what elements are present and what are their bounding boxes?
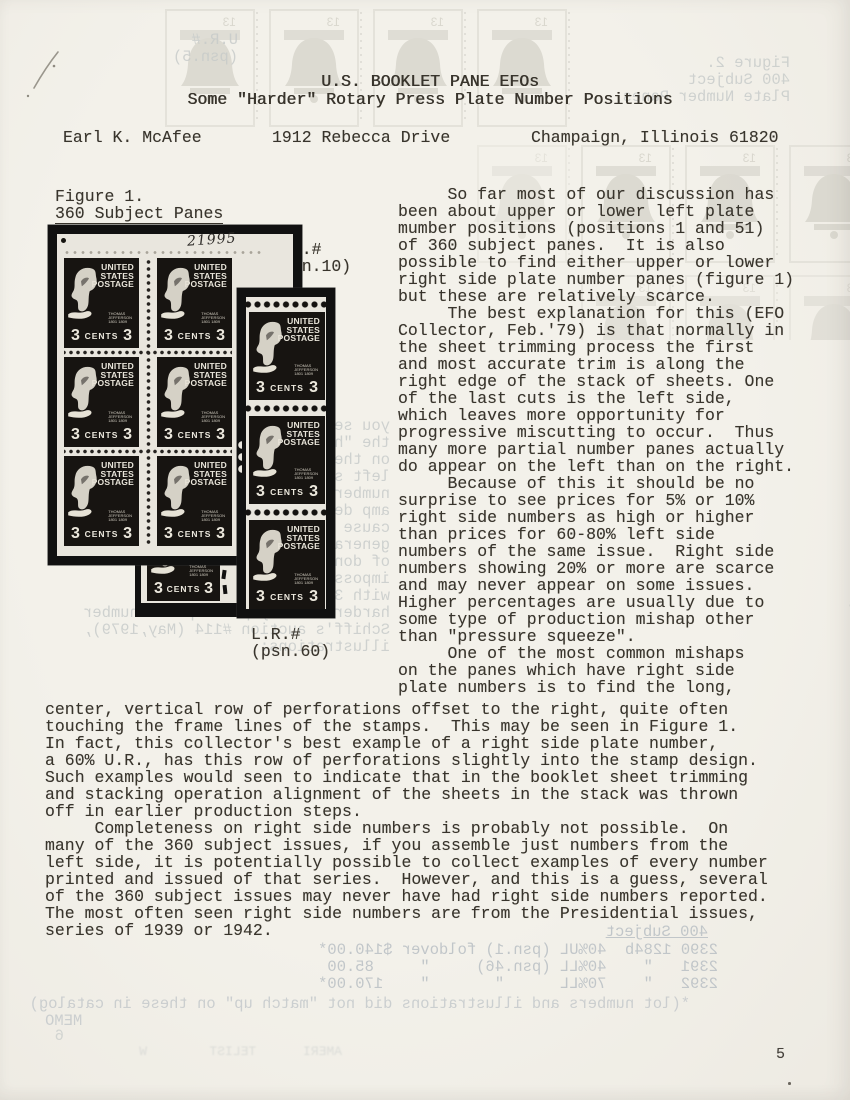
torn-perf-mark xyxy=(221,570,226,579)
pane-frame-bottom xyxy=(135,603,237,617)
jefferson-bust-silhouette xyxy=(65,265,113,325)
torn-perf-mark xyxy=(223,585,228,594)
stamp: UNITED STATES POSTAGETHOMAS JEFFERSON 18… xyxy=(157,456,232,546)
perforation-row xyxy=(64,448,232,455)
svg-text:13: 13 xyxy=(846,281,850,295)
stamp-denomination: 3CENTS3 xyxy=(249,379,325,397)
stamp: UNITED STATES POSTAGETHOMAS JEFFERSON 18… xyxy=(157,258,232,348)
figure-caption-line2: 360 Subject Panes xyxy=(55,205,223,224)
byline-city: Champaign, Illinois 61820 xyxy=(531,129,779,146)
ghost-text-catalog-note: *(lot numbers and illustrations did not … xyxy=(45,996,690,1030)
ghost-bell-stamp: 13 xyxy=(368,4,468,132)
stamp-micro-text: THOMAS JEFFERSON 1801 1809 xyxy=(108,312,132,324)
stamp-denomination: 3CENTS3 xyxy=(64,426,139,444)
handwritten-plate-number: 21995 xyxy=(187,230,238,249)
perforation-column xyxy=(144,258,152,546)
stamp-denomination: 3CENTS3 xyxy=(249,588,325,606)
svg-text:13: 13 xyxy=(742,151,756,165)
perforation-row-large xyxy=(244,507,328,517)
ghost-bottom-blur: AMERI TELIST W xyxy=(62,1044,342,1059)
stamp-denomination: 3CENTS3 xyxy=(64,327,139,345)
title-line-1: U.S. BOOKLET PANE EFOs xyxy=(321,72,539,91)
ink-speck xyxy=(788,1082,791,1085)
stamp: UNITED STATES POSTAGETHOMAS JEFFERSON 18… xyxy=(64,258,139,348)
stamp-denomination: 3CENTS3 xyxy=(147,580,220,598)
stamp-denomination: 3CENTS3 xyxy=(157,525,232,543)
stamp: UNITED STATES POSTAGETHOMAS JEFFERSON 18… xyxy=(249,520,325,609)
torn-perforation-notches xyxy=(235,437,242,477)
body-full-width: center, vertical row of perforations off… xyxy=(45,701,825,939)
ghost-verso-page-number: 6 xyxy=(44,1028,64,1045)
stamp-micro-text: THOMAS JEFFERSON 1801 1809 xyxy=(189,565,213,577)
svg-text:13: 13 xyxy=(534,151,548,165)
svg-text:13: 13 xyxy=(534,15,548,29)
stamp-pane-right: UNITED STATES POSTAGETHOMAS JEFFERSON 18… xyxy=(237,288,335,618)
jefferson-bust-silhouette xyxy=(65,364,113,424)
stamp-denomination: 3CENTS3 xyxy=(157,426,232,444)
ghost-text-psn5: U.R.# (psn.5) xyxy=(138,32,238,66)
smudge-perforation-row xyxy=(63,250,263,255)
stamp-micro-text: THOMAS JEFFERSON 1801 1809 xyxy=(201,510,225,522)
stamp-micro-text: THOMAS JEFFERSON 1801 1809 xyxy=(294,364,318,376)
jefferson-bust-silhouette xyxy=(250,319,298,379)
stamp: UNITED STATES POSTAGETHOMAS JEFFERSON 18… xyxy=(147,564,220,601)
jefferson-bust-silhouette xyxy=(158,364,206,424)
stamp-micro-text: THOMAS JEFFERSON 1801 1809 xyxy=(201,411,225,423)
title-line-2: Some "Harder" Rotary Press Plate Number … xyxy=(187,90,672,109)
byline-author: Earl K. McAfee xyxy=(63,129,202,146)
stamp-denomination: 3CENTS3 xyxy=(249,483,325,501)
figure-caption-line1: Figure 1. xyxy=(55,188,144,205)
byline-address: 1912 Rebecca Drive xyxy=(272,129,450,146)
ghost-bell-stamp: 13 xyxy=(472,4,572,132)
ink-dot xyxy=(61,238,66,243)
ghost-text-catalog-rows: 2390 1284b 40%UL (psn.1) foldover $140.0… xyxy=(288,942,718,993)
perforation-row-large xyxy=(244,300,328,309)
stamp-denomination: 3CENTS3 xyxy=(64,525,139,543)
stamp-micro-text: THOMAS JEFFERSON 1801 1809 xyxy=(294,573,318,585)
stamp: UNITED STATES POSTAGETHOMAS JEFFERSON 18… xyxy=(249,416,325,504)
svg-text:13: 13 xyxy=(638,151,652,165)
figure-1: Figure 1. 360 Subject Panes U.R.# (psn.1… xyxy=(45,188,390,683)
jefferson-bust-silhouette xyxy=(250,527,298,587)
svg-text:13: 13 xyxy=(222,15,236,29)
perforation-row xyxy=(64,349,232,356)
stamp-pane-partial: UNITED STATES POSTAGETHOMAS JEFFERSON 18… xyxy=(135,558,237,617)
jefferson-bust-silhouette xyxy=(250,423,298,483)
stamp: UNITED STATES POSTAGETHOMAS JEFFERSON 18… xyxy=(64,456,139,546)
stamp-denomination: 3CENTS3 xyxy=(157,327,232,345)
page-title: U.S. BOOKLET PANE EFOsSome "Harder" Rota… xyxy=(45,73,815,109)
svg-text:13: 13 xyxy=(846,151,850,165)
figure-label-lower-right: L.R.# (psn.60) xyxy=(251,626,330,660)
perforation-row-large xyxy=(244,403,328,413)
svg-text:13: 13 xyxy=(430,15,444,29)
svg-text:13: 13 xyxy=(326,15,340,29)
stamp-micro-text: THOMAS JEFFERSON 1801 1809 xyxy=(201,312,225,324)
ghost-bell-stamp: 13 xyxy=(160,4,260,132)
ghost-bell-stamp: 13 xyxy=(264,4,364,132)
scanned-document-page: 13 13 13 13 13 13 13 13 13 13 13 U.R.# (… xyxy=(0,0,850,1100)
partial-stamp-window: UNITED STATES POSTAGETHOMAS JEFFERSON 18… xyxy=(147,564,220,601)
stamp-micro-text: THOMAS JEFFERSON 1801 1809 xyxy=(294,468,318,480)
jefferson-bust-silhouette xyxy=(65,463,113,523)
stamp-micro-text: THOMAS JEFFERSON 1801 1809 xyxy=(108,510,132,522)
body-right-column: So far most of our discussion has been a… xyxy=(398,186,828,696)
stamp: UNITED STATES POSTAGETHOMAS JEFFERSON 18… xyxy=(249,312,325,400)
stamp: UNITED STATES POSTAGETHOMAS JEFFERSON 18… xyxy=(64,357,139,447)
stamp-micro-text: THOMAS JEFFERSON 1801 1809 xyxy=(108,411,132,423)
stamp: UNITED STATES POSTAGETHOMAS JEFFERSON 18… xyxy=(157,357,232,447)
jefferson-bust-silhouette xyxy=(158,265,206,325)
page-number: 5 xyxy=(776,1046,785,1063)
jefferson-bust-silhouette xyxy=(158,463,206,523)
